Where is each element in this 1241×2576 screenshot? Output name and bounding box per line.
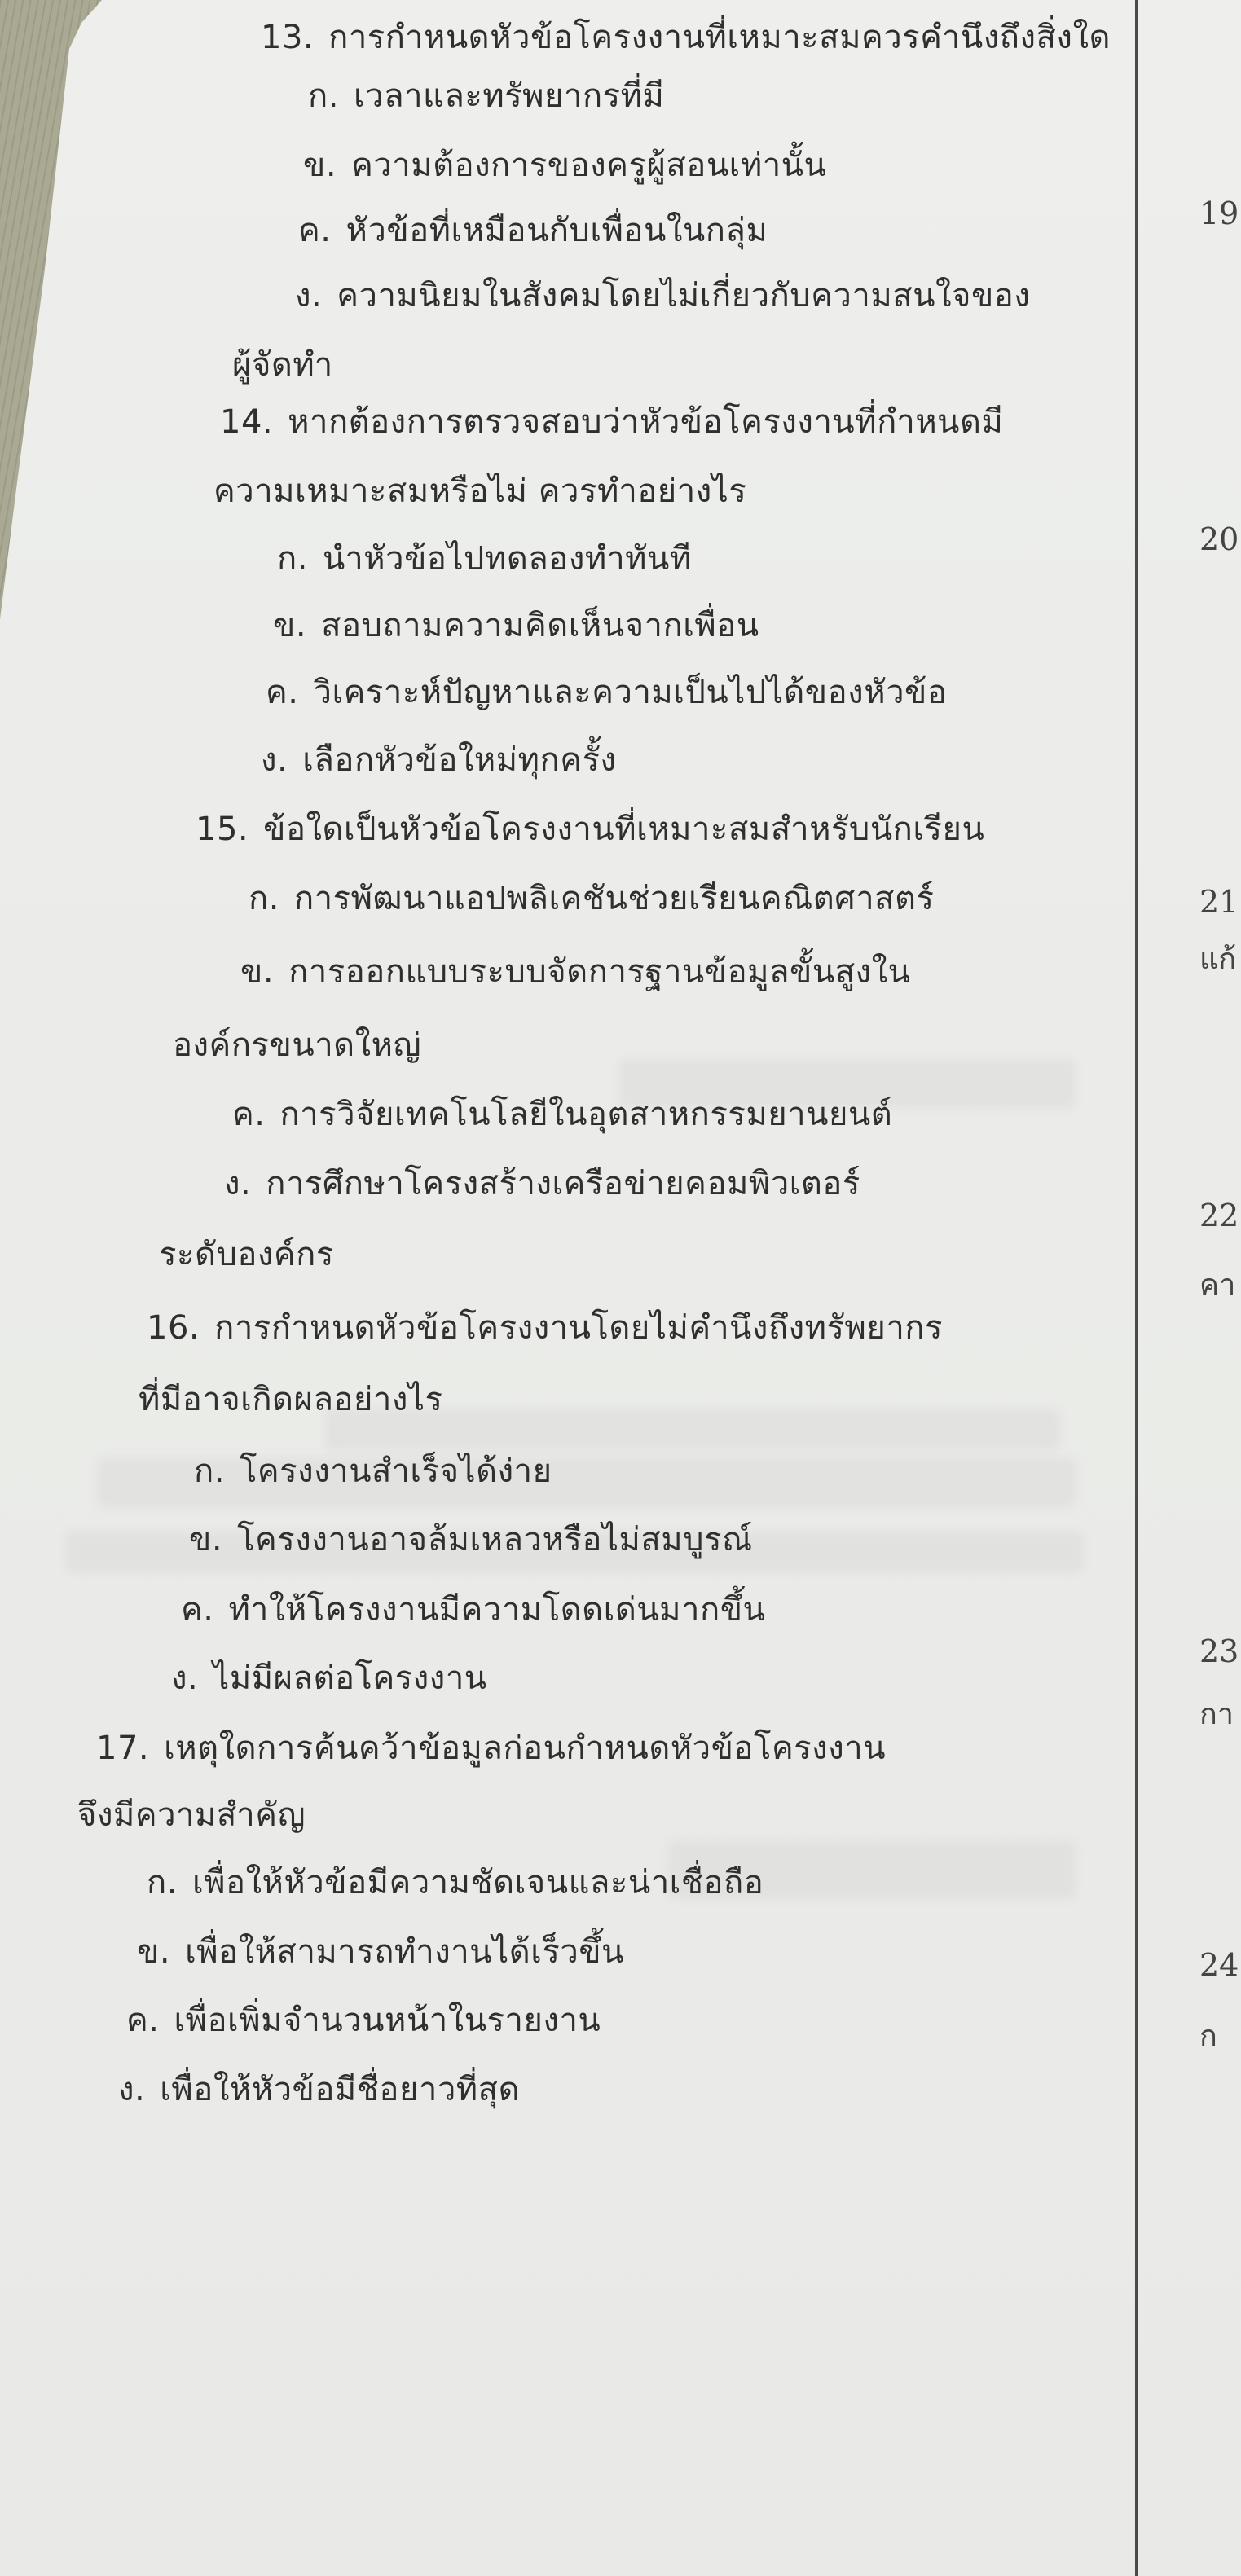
column-divider [1135,0,1138,2576]
text-fragment: กา [1199,1690,1234,1737]
option-text: สอบถามความคิดเห็นจากเพื่อน [321,607,759,644]
question-number-24: 24 [1199,1947,1239,1983]
option-b: ข.เพื่อให้สามารถทำงานได้เร็วขึ้น [137,1929,624,1975]
option-label: ข. [189,1521,222,1558]
question-text: ข้อใดเป็นหัวข้อโครงงานที่เหมาะสมสำหรับนั… [263,811,984,848]
question-stem: 15.ข้อใดเป็นหัวข้อโครงงานที่เหมาะสมสำหรั… [196,807,984,852]
option-d-continuation: ระดับองค์กร [159,1232,334,1277]
question-number-20: 20 [1199,521,1239,557]
option-label: ข. [240,953,274,991]
question-number-19: 19 [1199,196,1239,231]
question-number: 14. [220,403,273,441]
option-d: ง.เลือกหัวข้อใหม่ทุกครั้ง [261,737,617,783]
option-text: ความนิยมในสังคมโดยไม่เกี่ยวกับความสนใจขอ… [337,277,1030,314]
question-text: การกำหนดหัวข้อโครงงานที่เหมาะสมควรคำนึงถ… [328,19,1111,56]
question-continuation: ความเหมาะสมหรือไม่ ควรทำอย่างไร [213,468,746,514]
option-label: ง. [261,741,288,779]
text-fragment: คา [1199,1261,1235,1308]
option-label: ค. [232,1096,265,1133]
option-label: ค. [181,1591,213,1629]
option-label: ก. [277,540,308,578]
option-b: ข.สอบถามความคิดเห็นจากเพื่อน [273,603,759,648]
option-label: ก. [249,880,279,917]
option-b: ข.ความต้องการของครูผู้สอนเท่านั้น [303,143,826,188]
option-text: เลือกหัวข้อใหม่ทุกครั้ง [302,741,616,779]
option-text: การวิจัยเทคโนโลยีในอุตสาหกรรมยานยนต์ [279,1096,892,1133]
option-b: ข.โครงงานอาจล้มเหลวหรือไม่สมบูรณ์ [189,1517,753,1563]
option-label: ง. [171,1659,198,1697]
option-label: ก. [147,1864,178,1901]
question-continuation: ที่มีอาจเกิดผลอย่างไร [139,1377,443,1422]
question-stem: 13.การกำหนดหัวข้อโครงงานที่เหมาะสมควรคำน… [261,15,1111,60]
option-c: ค.วิเคราะห์ปัญหาและความเป็นไปได้ของหัวข้… [266,670,947,715]
option-label: ค. [126,2002,159,2039]
option-text: เพื่อให้หัวข้อมีชื่อยาวที่สุด [160,2071,520,2108]
question-stem: 14.หากต้องการตรวจสอบว่าหัวข้อโครงงานที่ก… [220,399,1003,445]
option-text: โครงงานอาจล้มเหลวหรือไม่สมบูรณ์ [237,1521,753,1558]
option-d: ง.ไม่มีผลต่อโครงงาน [171,1655,487,1701]
option-d-continuation: ผู้จัดทำ [232,342,333,388]
option-c: ค.หัวข้อที่เหมือนกับเพื่อนในกลุ่ม [298,208,768,253]
option-a: ก.โครงงานสำเร็จได้ง่าย [194,1448,552,1494]
option-label: ข. [273,607,306,644]
option-b: ข.การออกแบบระบบจัดการฐานข้อมูลขั้นสูงใน [240,949,911,995]
option-label: ข. [303,147,337,184]
question-text: เหตุใดการค้นคว้าข้อมูลก่อนกำหนดหัวข้อโคร… [164,1730,886,1767]
question-number-22: 22 [1199,1198,1239,1233]
option-label: ง. [224,1165,251,1202]
option-text: เวลาและทรัพยากรที่มี [354,77,664,115]
option-c: ค.เพื่อเพิ่มจำนวนหน้าในรายงาน [126,1998,601,2043]
question-number-21: 21 [1199,884,1239,920]
paper-sheet [0,0,1241,2576]
option-label: ง. [118,2071,145,2108]
option-d: ง.เพื่อให้หัวข้อมีชื่อยาวที่สุด [118,2067,520,2112]
option-text: หัวข้อที่เหมือนกับเพื่อนในกลุ่ม [345,212,768,249]
option-c: ค.ทำให้โครงงานมีความโดดเด่นมากขึ้น [181,1587,765,1633]
option-text: นำหัวข้อไปทดลองทำทันที [323,540,692,578]
option-c: ค.การวิจัยเทคโนโลยีในอุตสาหกรรมยานยนต์ [232,1092,892,1137]
option-text: การพัฒนาแอปพลิเคชันช่วยเรียนคณิตศาสตร์ [294,880,935,917]
option-text: ไม่มีผลต่อโครงงาน [213,1659,486,1697]
text-fragment: แก้ [1199,935,1236,982]
option-label: ก. [308,77,339,115]
option-text: ความต้องการของครูผู้สอนเท่านั้น [351,147,826,184]
option-a: ก.เพื่อให้หัวข้อมีความชัดเจนและน่าเชื่อถ… [147,1860,764,1906]
question-number: 15. [196,811,249,848]
question-number: 13. [261,19,314,56]
question-stem: 16.การกำหนดหัวข้อโครงงานโดยไม่คำนึงถึงทร… [147,1305,943,1351]
option-label: ค. [266,674,298,711]
question-text: หากต้องการตรวจสอบว่าหัวข้อโครงงานที่กำหน… [288,403,1003,441]
option-d: ง.ความนิยมในสังคมโดยไม่เกี่ยวกับความสนใจ… [295,273,1030,319]
option-text: การศึกษาโครงสร้างเครือข่ายคอมพิวเตอร์ [266,1165,860,1202]
option-text: วิเคราะห์ปัญหาและความเป็นไปได้ของหัวข้อ [313,674,947,711]
option-label: ง. [295,277,322,314]
option-text: เพื่อให้สามารถทำงานได้เร็วขึ้น [185,1933,624,1971]
option-label: ก. [194,1453,225,1490]
option-d: ง.การศึกษาโครงสร้างเครือข่ายคอมพิวเตอร์ [224,1161,860,1207]
option-label: ค. [298,212,331,249]
option-a: ก.เวลาและทรัพยากรที่มี [308,73,664,119]
option-label: ข. [137,1933,170,1971]
option-a: ก.นำหัวข้อไปทดลองทำทันที [277,536,692,582]
option-b-continuation: องค์กรขนาดใหญ่ [173,1022,421,1068]
question-number: 16. [147,1309,200,1347]
question-number: 17. [96,1730,149,1767]
option-text: ทำให้โครงงานมีความโดดเด่นมากขึ้น [228,1591,765,1629]
question-number-23: 23 [1199,1633,1239,1669]
question-continuation: จึงมีความสำคัญ [77,1792,306,1838]
option-a: ก.การพัฒนาแอปพลิเคชันช่วยเรียนคณิตศาสตร์ [249,876,934,921]
text-fragment: ก [1199,2012,1217,2059]
option-text: โครงงานสำเร็จได้ง่าย [240,1453,552,1490]
question-text: การกำหนดหัวข้อโครงงานโดยไม่คำนึงถึงทรัพย… [214,1309,943,1347]
option-text: การออกแบบระบบจัดการฐานข้อมูลขั้นสูงใน [288,953,910,991]
option-text: เพื่อให้หัวข้อมีความชัดเจนและน่าเชื่อถือ [192,1864,764,1901]
option-text: เพื่อเพิ่มจำนวนหน้าในรายงาน [174,2002,601,2039]
question-stem: 17.เหตุใดการค้นคว้าข้อมูลก่อนกำหนดหัวข้อ… [96,1725,886,1771]
